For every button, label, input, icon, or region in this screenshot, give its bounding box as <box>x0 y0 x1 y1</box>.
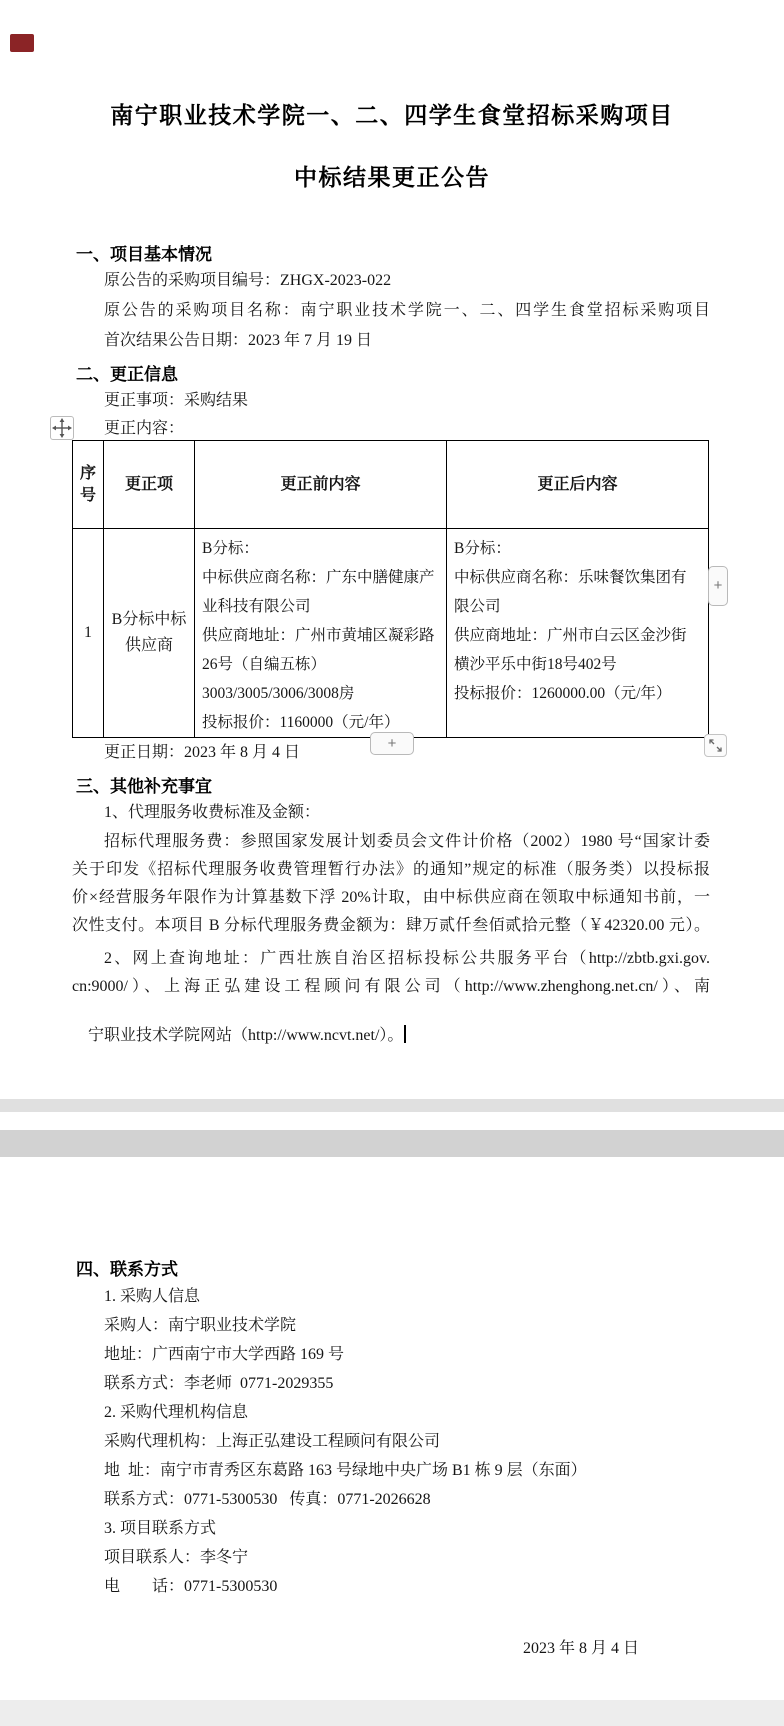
cell-after-content: B分标： 中标供应商名称：乐味餐饮集团有 限公司 供应商地址：广州市白云区金沙街… <box>447 529 709 738</box>
contact-line: 采购人：南宁职业技术学院 <box>104 1315 296 1336</box>
contact-line: 地址：广西南宁市大学西路 169 号 <box>104 1344 344 1365</box>
after-line: 供应商地址：广州市白云区金沙街 <box>454 621 706 650</box>
correction-table: 序号 更正项 更正前内容 更正后内容 1 B分标中标供应商 B分标： 中标供应商… <box>72 440 709 738</box>
after-line: 投标报价：1260000.00（元/年） <box>454 679 706 708</box>
after-line: 中标供应商名称：乐味餐饮集团有 <box>454 563 706 592</box>
add-column-plus-button[interactable]: + <box>708 566 728 606</box>
before-line: B分标： <box>202 534 444 563</box>
diagonal-resize-icon <box>705 735 726 756</box>
before-line: 3003/3005/3006/3008房 <box>202 679 444 708</box>
fee-para-line: 价×经营服务年限作为计算基数下浮 20%计取，由中标供应商在领取中标通知书前，一 <box>72 887 710 908</box>
page-gap-band <box>0 1130 784 1157</box>
query-url-line: 宁职业技术学院网站（http://www.ncvt.net/）。 <box>88 1027 403 1044</box>
app-corner-button[interactable] <box>10 34 34 52</box>
doc-line-correction-content-label: 更正内容： <box>104 418 184 439</box>
table-resize-handle[interactable] <box>704 734 727 757</box>
contact-line: 联系方式：0771-5300530 传真：0771-2026628 <box>104 1489 431 1510</box>
doc-line-project-name: 原公告的采购项目名称：南宁职业技术学院一、二、四学生食堂招标采购项目 <box>104 300 710 321</box>
doc-title-line1: 南宁职业技术学院一、二、四学生食堂招标采购项目 <box>0 97 784 130</box>
section4-heading: 四、联系方式 <box>76 1255 178 1280</box>
section3-heading: 三、其他补充事宜 <box>76 772 212 797</box>
before-line: 26号（自编五栋） <box>202 650 444 679</box>
doc-line-correction-date: 更正日期：2023 年 8 月 4 日 <box>104 742 300 763</box>
after-line: 限公司 <box>454 592 706 621</box>
doc-title-line2: 中标结果更正公告 <box>0 159 784 192</box>
contact-line: 2. 采购代理机构信息 <box>104 1402 248 1423</box>
fee-para-line: 关于印发《招标代理服务收费管理暂行办法》的通知”规定的标准（服务类）以投标报 <box>72 859 710 880</box>
text-caret <box>404 1025 406 1043</box>
col-header-before: 更正前内容 <box>195 441 447 529</box>
after-line: 横沙平乐中街18号402号 <box>454 650 706 679</box>
query-url-line: cn:9000/）、上海正弘建设工程顾问有限公司（http://www.zhen… <box>72 976 710 997</box>
col-header-seq: 序号 <box>73 441 104 529</box>
bottom-edge-band <box>0 1700 784 1726</box>
fee-para-line: 招标代理服务费：参照国家发展计划委员会文件计价格（2002）1980 号“国家计… <box>104 831 710 852</box>
contact-line: 采购代理机构：上海正弘建设工程顾问有限公司 <box>104 1431 440 1452</box>
contact-line: 项目联系人：李冬宁 <box>104 1547 248 1568</box>
fee-para-line: 次性支付。本项目 B 分标代理服务费金额为：肆万贰仟叁佰贰拾元整（￥42320.… <box>72 915 710 936</box>
cell-item: B分标中标供应商 <box>104 529 195 738</box>
contact-line: 地 址：南宁市青秀区东葛路 163 号绿地中央广场 B1 栋 9 层（东面） <box>104 1460 587 1481</box>
before-line: 业科技有限公司 <box>202 592 444 621</box>
page-gap-band-thin <box>0 1099 784 1112</box>
cell-before-content: B分标： 中标供应商名称：广东中膳健康产 业科技有限公司 供应商地址：广州市黄埔… <box>195 529 447 738</box>
after-line: B分标： <box>454 534 706 563</box>
table-move-handle[interactable] <box>50 416 74 440</box>
cell-seq: 1 <box>73 529 104 738</box>
query-url-line: 2、网上查询地址：广西壮族自治区招标投标公共服务平台（http://zbtb.g… <box>104 948 710 969</box>
before-line: 供应商地址：广州市黄埔区凝彩路 <box>202 621 444 650</box>
section1-heading: 一、项目基本情况 <box>76 240 212 265</box>
section2-heading: 二、更正信息 <box>76 360 178 385</box>
doc-line-fee-subtitle: 1、代理服务收费标准及金额： <box>104 802 320 823</box>
add-row-plus-button[interactable]: + <box>370 732 414 755</box>
query-url-line-with-caret: 宁职业技术学院网站（http://www.ncvt.net/）。 <box>72 1004 406 1067</box>
move-arrows-icon <box>51 417 73 439</box>
contact-line: 联系方式：李老师 0771-2029355 <box>104 1373 333 1394</box>
contact-line: 3. 项目联系方式 <box>104 1518 216 1539</box>
before-line: 中标供应商名称：广东中膳健康产 <box>202 563 444 592</box>
col-header-item: 更正项 <box>104 441 195 529</box>
footer-date: 2023 年 8 月 4 日 <box>523 1638 639 1659</box>
contact-line: 1. 采购人信息 <box>104 1286 200 1307</box>
document-page: 南宁职业技术学院一、二、四学生食堂招标采购项目 中标结果更正公告 一、项目基本情… <box>0 0 784 1726</box>
contact-line: 电 话：0771-5300530 <box>104 1576 277 1597</box>
doc-line-correction-item: 更正事项：采购结果 <box>104 390 248 411</box>
doc-line-project-number: 原公告的采购项目编号：ZHGX-2023-022 <box>104 270 391 291</box>
table-row: 1 B分标中标供应商 B分标： 中标供应商名称：广东中膳健康产 业科技有限公司 … <box>73 529 709 738</box>
doc-line-first-result-date: 首次结果公告日期：2023 年 7 月 19 日 <box>104 330 372 351</box>
col-header-after: 更正后内容 <box>447 441 709 529</box>
correction-table-header-row: 序号 更正项 更正前内容 更正后内容 <box>73 441 709 529</box>
